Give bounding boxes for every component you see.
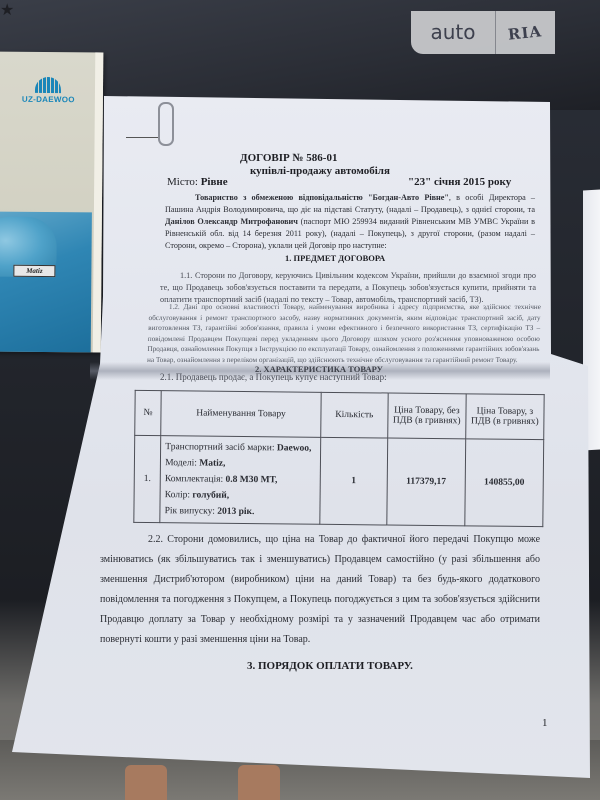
row-quantity: 1 (320, 437, 388, 525)
color-label: Колір: (165, 490, 190, 500)
color-value: голубий, (192, 490, 229, 500)
table-row: 1. Транспортний засіб марки: Daewoo, Мод… (134, 435, 544, 526)
booklet-brand-text: UZ-DAEWOO (22, 95, 75, 104)
contract-city: Місто: Рівне (167, 176, 228, 188)
buyer-name: Данілов Олександр Митрофанович (165, 217, 298, 226)
clause-2-2: 2.2. Сторони домовились, що ціна на Това… (100, 530, 540, 650)
clause-1-1: 1.1. Сторони по Договору, керуючись Циві… (160, 270, 536, 306)
booklet-pages-edge (93, 52, 104, 352)
contract-intro: Товариство з обмеженою відповідальністю … (165, 192, 535, 252)
auto-ria-watermark: auto RIA (411, 11, 555, 54)
row-price-with-vat: 140855,00 (465, 439, 544, 527)
seller-name: Товариство з обмеженою відповідальністю … (195, 193, 449, 202)
person-leg (238, 765, 280, 800)
person-leg (125, 765, 167, 800)
watermark-ria-text: RIA (495, 21, 555, 45)
col-number: № (135, 390, 162, 435)
section-3-heading: 3. ПОРЯДОК ОПЛАТИ ТОВАРУ. (247, 660, 413, 672)
contract-date: "23" січня 2015 року (408, 176, 511, 188)
row-description: Транспортний засіб марки: Daewoo, Моделі… (160, 436, 321, 525)
trim-label: Комплектація: (165, 474, 223, 485)
goods-table: № Найменування Товару Кількість Ціна Тов… (133, 390, 544, 527)
contract-subtitle: купівлі-продажу автомобіля (250, 165, 390, 177)
year-label: Рік випуску: (165, 506, 215, 517)
model-label: Моделі: (165, 458, 197, 468)
city-label: Місто: (167, 176, 198, 188)
car-badge: Matiz (13, 265, 55, 277)
row-price-no-vat: 117379,17 (387, 438, 466, 526)
clause-2-1: 2.1. Продавець продає, а Покупець купує … (160, 372, 387, 382)
city-value: Рівне (201, 176, 228, 188)
watermark-auto-text: auto (411, 20, 495, 44)
col-price-with-vat: Ціна Товару, з ПДВ (в гривнях) (466, 394, 545, 440)
contract-title: ДОГОВІР № 586-01 (240, 152, 337, 164)
pen-mark (126, 137, 158, 138)
year-value: 2013 рік. (217, 507, 254, 517)
section-1-heading: 1. ПРЕДМЕТ ДОГОВОРА (285, 253, 385, 263)
clause-2-2-text: Сторони домовились, що ціна на Товар до … (100, 534, 540, 645)
car-manual-booklet: UZ-DAEWOO Matiz (0, 52, 103, 353)
model-value: Matiz, (199, 459, 225, 469)
col-price-no-vat: Ціна Товару, без ПДВ (в гривнях) (388, 393, 466, 439)
star-icon: ★ (0, 0, 14, 20)
daewoo-logo-icon (35, 77, 61, 93)
clause-2-2-number: 2.2. (148, 534, 163, 545)
page-number: 1 (542, 717, 548, 729)
make-label: Транспортний засіб марки: (165, 442, 274, 453)
clause-1-2: 1.2. Дані про основні властивості Товару… (147, 302, 541, 365)
paperclip-icon (158, 102, 174, 146)
row-number: 1. (134, 435, 161, 522)
col-name: Найменування Товару (161, 391, 321, 438)
trim-value: 0.8 М30 МТ, (225, 475, 277, 486)
col-quantity: Кількість (321, 392, 388, 438)
make-value: Daewoo, (277, 443, 312, 453)
table-header-row: № Найменування Товару Кількість Ціна Тов… (135, 390, 544, 439)
